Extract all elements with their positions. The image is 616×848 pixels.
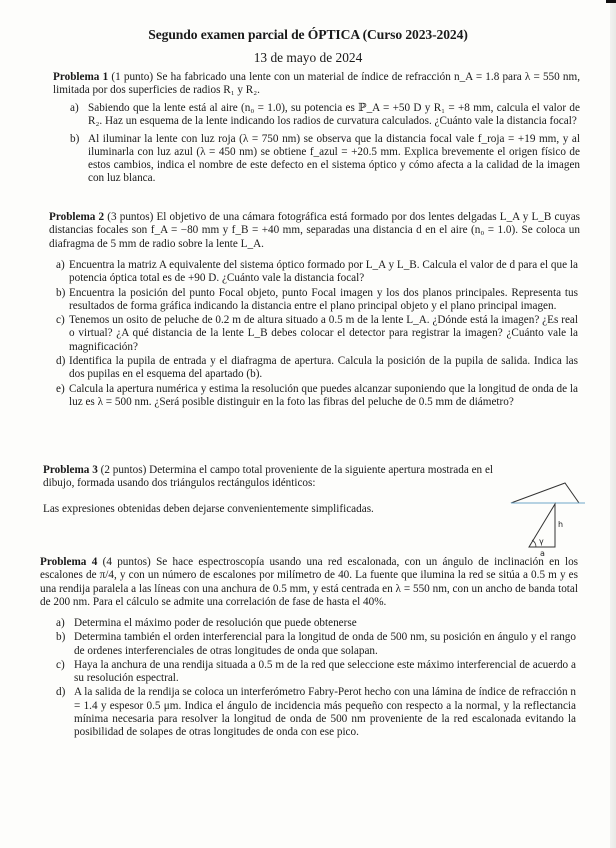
problem-1-item-a: a) Sabiendo que la lente está al aire (n… bbox=[70, 102, 580, 129]
scan-edge bbox=[610, 0, 616, 848]
problem-1-item-b: b) Al iluminar la lente con luz roja (λ … bbox=[70, 133, 580, 186]
problem-1-points: (1 punto) bbox=[111, 71, 153, 83]
problem-2-item-c: c) Tenemos un osito de peluche de 0.2 m … bbox=[56, 314, 578, 354]
problem-4-statement: Problema 4 (4 puntos) Se hace espectrosc… bbox=[40, 556, 578, 609]
problem-4-points: (4 puntos) bbox=[103, 556, 151, 568]
problem-2-label: Problema 2 bbox=[49, 211, 104, 223]
exam-date: 13 de mayo de 2024 bbox=[0, 50, 616, 66]
angle-label: γ bbox=[539, 537, 544, 546]
scan-corner-mark bbox=[606, 0, 616, 3]
problem-1-items: a) Sabiendo que la lente está al aire (n… bbox=[70, 102, 580, 187]
problem-3-points: (2 puntos) bbox=[101, 464, 147, 476]
aperture-figure: γ h a bbox=[505, 470, 605, 570]
problem-2-item-b: b) Encuentra la posición del punto Focal… bbox=[56, 287, 578, 314]
problem-2-item-e: e) Calcula la apertura numérica y estima… bbox=[56, 383, 578, 410]
problem-4-item-c: c) Haya la anchura de una rendija situad… bbox=[56, 659, 576, 686]
problem-3-statement: Problema 3 (2 puntos) Determina el campo… bbox=[43, 464, 493, 491]
problem-2-statement: Problema 2 (3 puntos) El objetivo de una… bbox=[49, 211, 580, 251]
problem-1-label: Problema 1 bbox=[53, 71, 108, 83]
exam-title: Segundo examen parcial de ÓPTICA (Curso … bbox=[0, 27, 616, 43]
problem-4-item-d: d) A la salida de la rendija se coloca u… bbox=[56, 686, 576, 739]
problem-2-item-d: d) Identifica la pupila de entrada y el … bbox=[56, 355, 578, 382]
problem-1-statement: Problema 1 (1 punto) Se ha fabricado una… bbox=[53, 71, 580, 98]
problem-2-points: (3 puntos) bbox=[107, 211, 153, 223]
problem-4-label: Problema 4 bbox=[40, 556, 97, 568]
two-triangles-diagram: γ h a bbox=[505, 470, 605, 570]
problem-4-item-b: b) Determina también el orden interferen… bbox=[56, 631, 576, 658]
problem-4-items: a) Determina el máximo poder de resoluci… bbox=[56, 617, 576, 741]
problem-3-note: Las expresiones obtenidas deben dejarse … bbox=[43, 503, 493, 516]
height-label: h bbox=[558, 520, 563, 529]
problem-2-item-a: a) Encuentra la matriz A equivalente del… bbox=[56, 259, 578, 286]
problem-3-label: Problema 3 bbox=[43, 464, 98, 476]
problem-4-item-a: a) Determina el máximo poder de resoluci… bbox=[56, 617, 576, 630]
problem-2-items: a) Encuentra la matriz A equivalente del… bbox=[56, 259, 578, 410]
